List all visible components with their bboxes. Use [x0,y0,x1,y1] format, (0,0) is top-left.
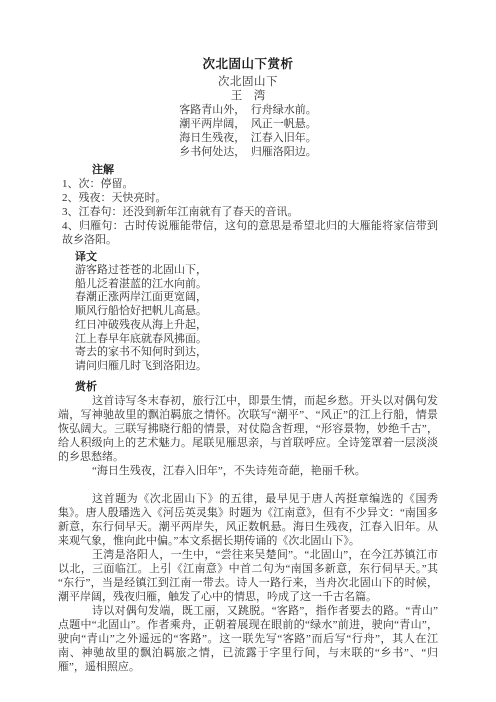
document-page: 次北固山下赏析 次北固山下 王 湾 客路青山外， 行舟绿水前。 潮平两岸阔， 风… [0,0,496,702]
document-title: 次北固山下赏析 [58,57,438,71]
translation-line: 春潮正涨两岸江面更宽阔， [75,291,438,305]
annotation-item: 2、残夜：天快亮时。 [62,191,438,205]
translation-line: 船儿泛着湛蓝的江水向前。 [75,278,438,292]
poem-body: 客路青山外， 行舟绿水前。 潮平两岸阔， 风正一帆悬。 海日生残夜， 江春入旧年… [58,103,438,159]
translation-line: 顺风行船恰好把帆儿高悬。 [75,305,438,319]
poem-line: 海日生残夜， 江春入旧年。 [58,131,438,145]
translation-line: 红日冲破残夜从海上升起， [75,319,438,333]
annotations-section: 注解 1、次：停留。 2、残夜：天快亮时。 3、江春句：还没到新年江南就有了春天… [58,163,438,247]
poem-line: 乡书何处达， 归雁洛阳边。 [58,145,438,159]
poem-line: 客路青山外， 行舟绿水前。 [58,103,438,117]
annotation-item: 4、归雁句：古时传说雁能带信，这句的意思是希望北归的大雁能将家信带到故乡洛阳。 [62,219,438,247]
analysis-paragraph-quote: “海日生残夜，江春入旧年”，不失诗苑奇葩，艳丽千秋。 [58,464,438,478]
translation-heading: 译文 [75,250,438,264]
annotations-heading: 注解 [92,163,438,177]
translation-line: 江上春早年底就春风拂面。 [75,333,438,347]
translation-line: 游客路过苍苍的北固山下， [75,264,438,278]
analysis-paragraph: 诗以对偶句发端，既工丽，又跳脱。“客路”，指作者要去的路。“青山”点题中“北固山… [58,604,438,674]
annotation-item: 3、江春句：还没到新年江南就有了春天的音讯。 [62,205,438,219]
poem-author: 王 湾 [58,89,438,103]
poem-title: 次北固山下 [58,75,438,89]
analysis-heading: 赏析 [75,380,438,394]
translation-line: 寄去的家书不知何时到达， [75,346,438,360]
analysis-paragraph: 这首题为《次北固山下》的五律，最早见于唐人芮挺章编选的《国秀集》。唐人殷璠选入《… [58,492,438,548]
poem-line: 潮平两岸阔， 风正一帆悬。 [58,117,438,131]
translation-line: 请问归雁几时飞到洛阳边。 [75,360,438,374]
analysis-paragraph: 这首诗写冬末春初，旅行江中，即景生情，而起乡愁。开头以对偶句发端，写神驰故里的飘… [58,394,438,464]
analysis-paragraph: 王湾是洛阳人，一生中，“尝往来吴楚间”。“北固山”，在今江苏镇江市以北，三面临江… [58,548,438,604]
annotation-item: 1、次：停留。 [62,177,438,191]
translation-section: 译文 游客路过苍苍的北固山下， 船儿泛着湛蓝的江水向前。 春潮正涨两岸江面更宽阔… [58,250,438,374]
analysis-section: 赏析 这首诗写冬末春初，旅行江中，即景生情，而起乡愁。开头以对偶句发端，写神驰故… [58,380,438,674]
